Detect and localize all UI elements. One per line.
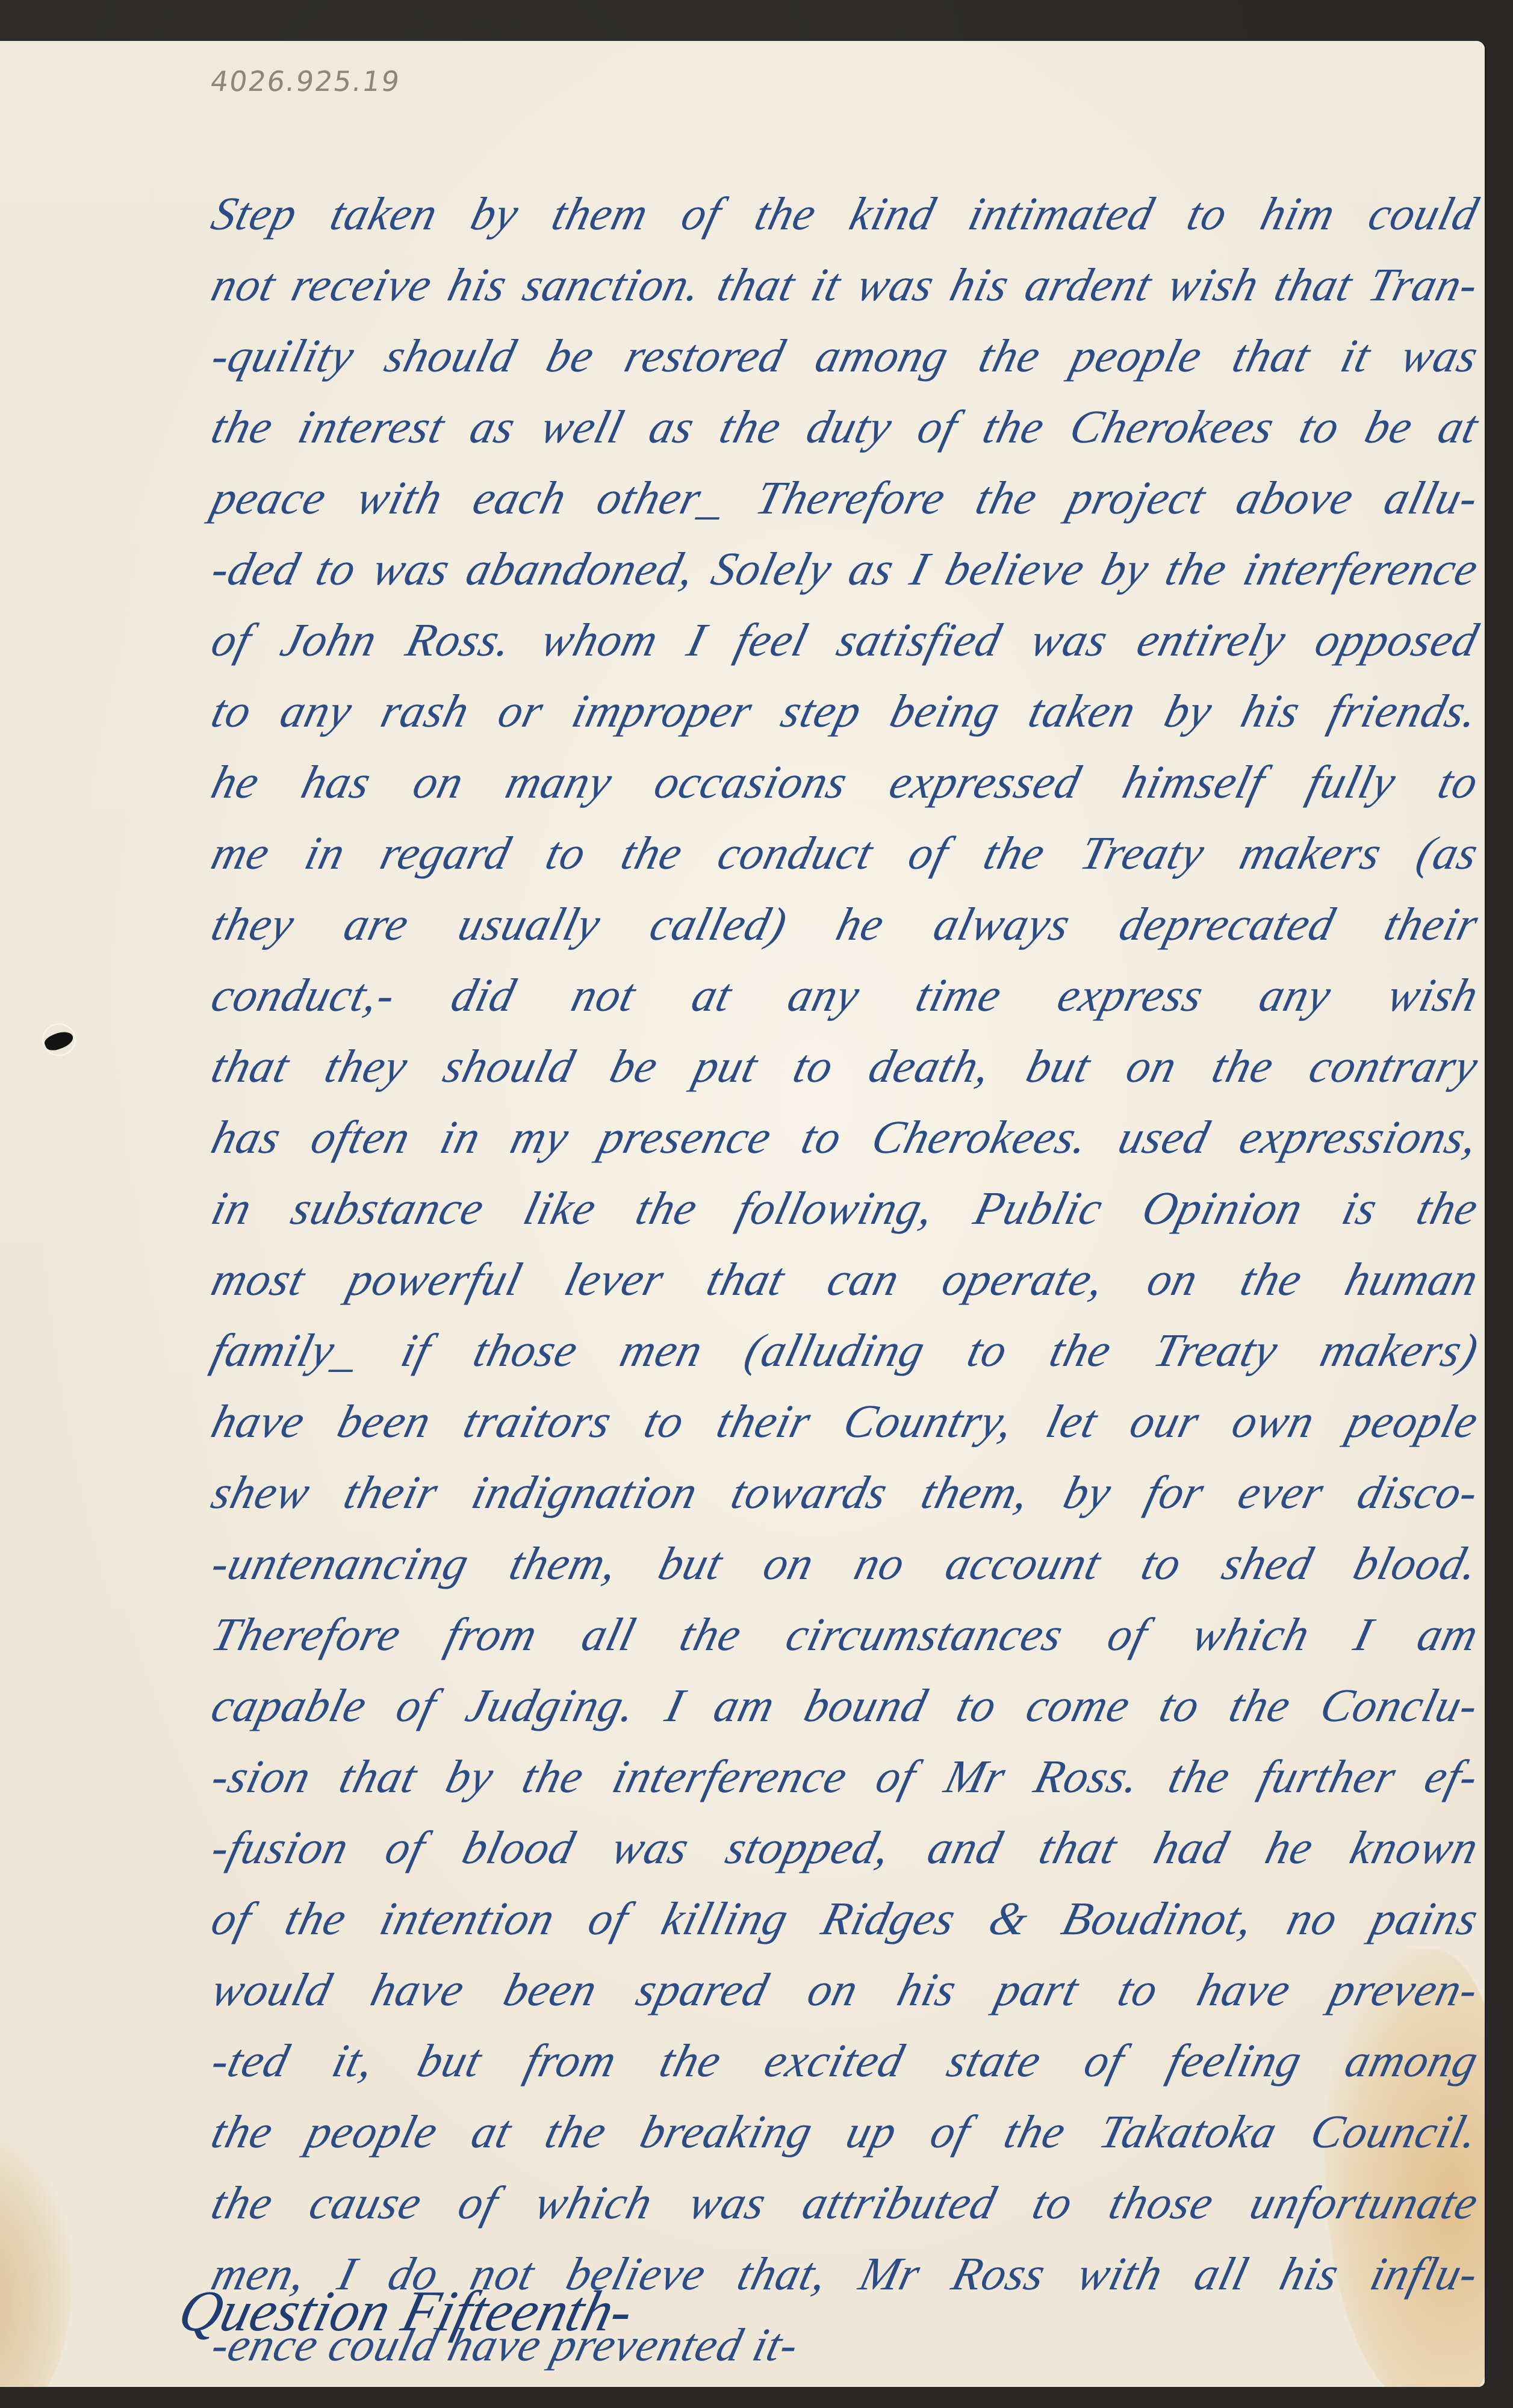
text-line: Step taken by them of the kind intimated… bbox=[205, 181, 1485, 247]
manuscript-page: 4026.925.19 Step taken by them of the ki… bbox=[0, 41, 1485, 2387]
text-line: family_ if those men (alluding to the Tr… bbox=[205, 1317, 1485, 1383]
text-line: of John Ross. whom I feel satisfied was … bbox=[205, 607, 1485, 673]
text-line: me in regard to the conduct of the Treat… bbox=[205, 820, 1485, 886]
text-line: they are usually called) he always depre… bbox=[205, 891, 1485, 957]
text-line: most powerful lever that can operate, on… bbox=[205, 1246, 1485, 1312]
text-line: peace with each other_ Therefore the pro… bbox=[205, 465, 1485, 531]
text-line: that they should be put to death, but on… bbox=[205, 1033, 1485, 1099]
text-line: in substance like the following, Public … bbox=[205, 1175, 1485, 1241]
text-line: to any rash or improper step being taken… bbox=[205, 678, 1485, 744]
punch-hole bbox=[42, 1023, 76, 1056]
text-line: the interest as well as the duty of the … bbox=[205, 394, 1485, 460]
text-line: conduct,- did not at any time express an… bbox=[205, 962, 1485, 1028]
text-line: -ted it, but from the excited state of f… bbox=[205, 2028, 1485, 2094]
text-line: has often in my presence to Cherokees. u… bbox=[205, 1104, 1485, 1170]
text-line: would have been spared on his part to ha… bbox=[205, 1956, 1485, 2023]
catalog-number: 4026.925.19 bbox=[208, 65, 402, 98]
text-line: shew their indignation towards them, by … bbox=[205, 1459, 1485, 1525]
text-line: the cause of which was attributed to tho… bbox=[205, 2170, 1485, 2236]
text-line: -ded to was abandoned, Solely as I belie… bbox=[205, 536, 1485, 602]
text-line: he has on many occasions expressed himse… bbox=[205, 749, 1485, 815]
text-line: have been traitors to their Country, let… bbox=[205, 1388, 1485, 1454]
text-line: -untenancing them, but on no account to … bbox=[205, 1530, 1485, 1597]
text-line: Therefore from all the circumstances of … bbox=[205, 1601, 1485, 1668]
text-line: of the intention of killing Ridges & Bou… bbox=[205, 1885, 1485, 1952]
text-line: -quility should be restored among the pe… bbox=[205, 323, 1485, 389]
question-heading: Question Fifteenth- bbox=[172, 2277, 640, 2344]
text-line: not receive his sanction. that it was hi… bbox=[205, 252, 1485, 318]
text-line: -sion that by the interference of Mr Ros… bbox=[205, 1743, 1485, 1810]
text-line: the people at the breaking up of the Tak… bbox=[205, 2099, 1485, 2165]
text-line: capable of Judging. I am bound to come t… bbox=[205, 1672, 1485, 1739]
text-line: -fusion of blood was stopped, and that h… bbox=[205, 1814, 1485, 1881]
